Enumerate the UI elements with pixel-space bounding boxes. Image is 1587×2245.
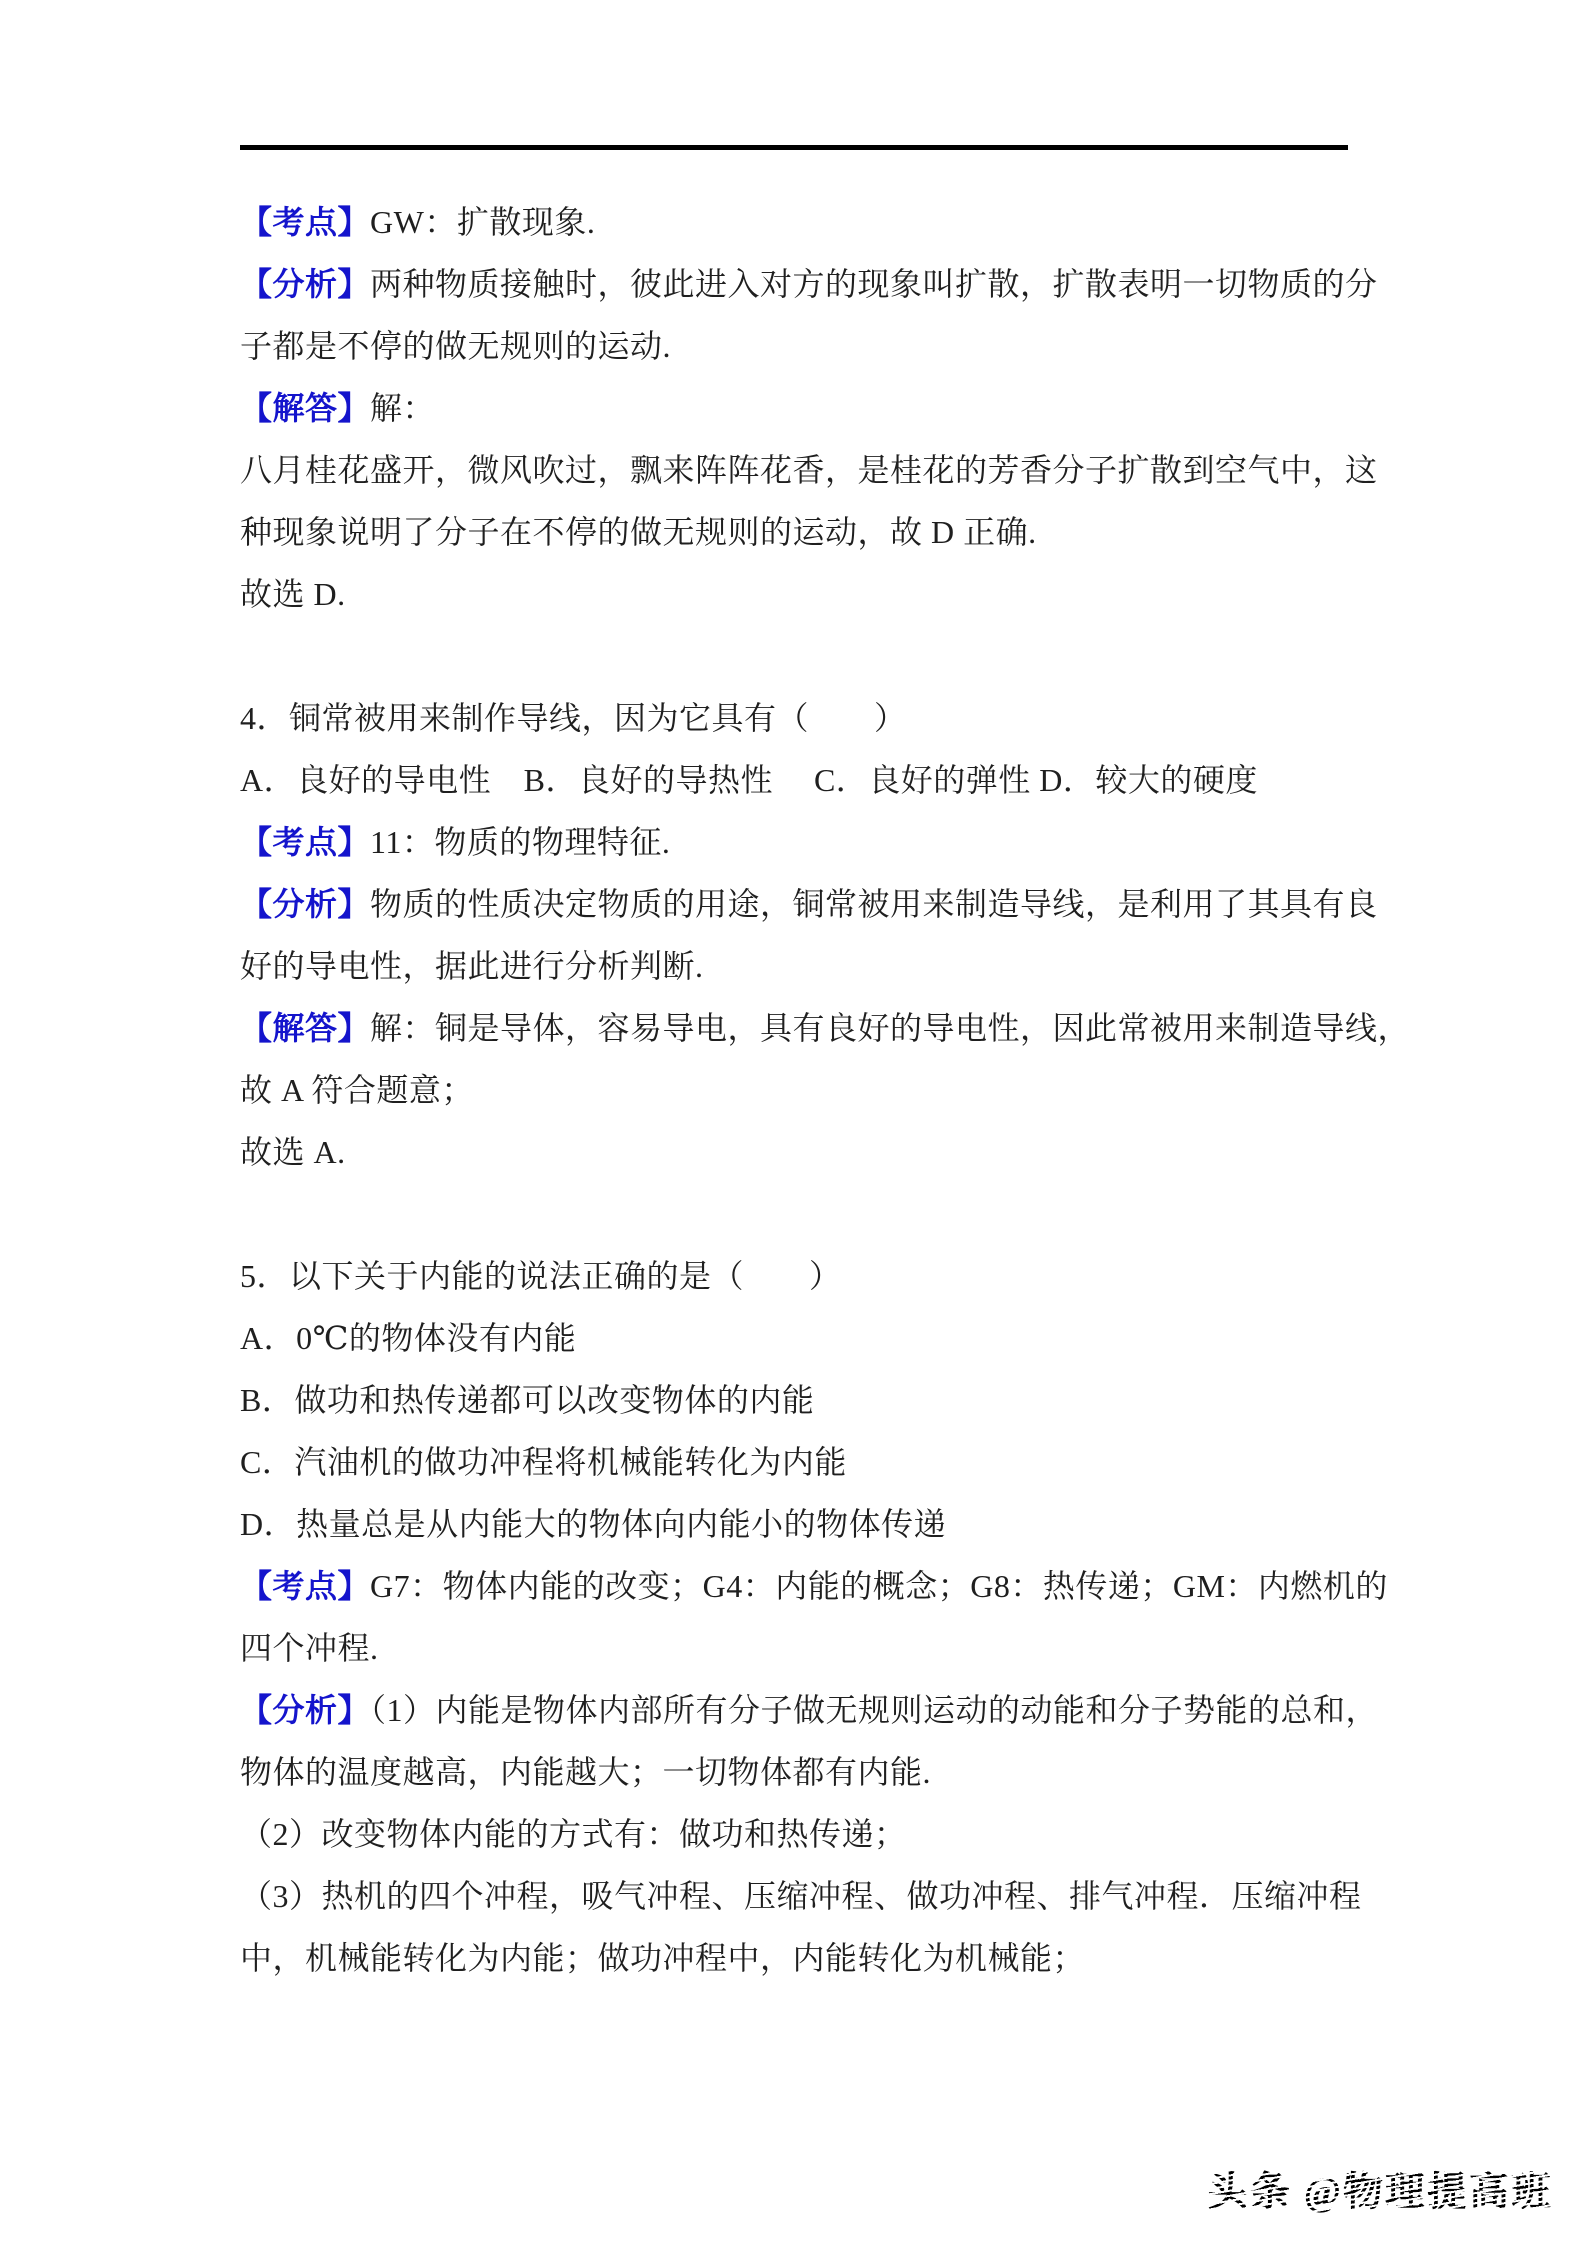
answer-body-line: 八月桂花盛开，微风吹过，飘来阵阵花香，是桂花的芳香分子扩散到空气中，这 — [240, 439, 1420, 501]
line-text: 解： — [370, 390, 435, 426]
exam-point-line: 【考点】G7：物体内能的改变；G4：内能的概念；G8：热传递；GM：内燃机的 — [240, 1555, 1420, 1617]
analysis-line: 【分析】（1）内能是物体内部所有分子做无规则运动的动能和分子势能的总和， — [240, 1679, 1420, 1741]
question-5-block: 5．以下关于内能的说法正确的是（ ） A．0℃的物体没有内能 B．做功和热传递都… — [240, 1245, 1420, 1989]
line-text: D．热量总是从内能大的物体向内能小的物体传递 — [240, 1506, 946, 1542]
line-text: 种现象说明了分子在不停的做无规则的运动，故 D 正确. — [240, 514, 1037, 550]
option-b-line: B．做功和热传递都可以改变物体的内能 — [240, 1369, 1420, 1431]
conclusion-line: 故选 D. — [240, 563, 1420, 625]
line-text: 中，机械能转化为内能；做功冲程中，内能转化为机械能； — [240, 1940, 1085, 1976]
line-text: （1）内能是物体内部所有分子做无规则运动的动能和分子势能的总和， — [370, 1692, 1378, 1728]
question-4-options-line: A．良好的导电性 B．良好的导热性 C．良好的弹性 D．较大的硬度 — [240, 749, 1420, 811]
line-text: G7：物体内能的改变；G4：内能的概念；G8：热传递；GM：内燃机的 — [370, 1568, 1388, 1604]
line-text: 子都是不停的做无规则的运动. — [240, 328, 671, 364]
line-text: 好的导电性，据此进行分析判断. — [240, 948, 704, 984]
exam-point-continuation-line: 四个冲程. — [240, 1617, 1420, 1679]
line-text: B．做功和热传递都可以改变物体的内能 — [240, 1382, 814, 1418]
document-body: 【考点】GW：扩散现象. 【分析】两种物质接触时，彼此进入对方的现象叫扩散，扩散… — [240, 191, 1420, 1989]
line-text: （3）热机的四个冲程，吸气冲程、压缩冲程、做功冲程、排气冲程．压缩冲程 — [240, 1878, 1362, 1914]
line-text: 5．以下关于内能的说法正确的是（ ） — [240, 1258, 842, 1294]
line-text: 两种物质接触时，彼此进入对方的现象叫扩散，扩散表明一切物质的分 — [370, 266, 1378, 302]
kaodian-tag: 【考点】 — [240, 824, 370, 860]
option-c-line: C．汽油机的做功冲程将机械能转化为内能 — [240, 1431, 1420, 1493]
analysis-continuation-line: 好的导电性，据此进行分析判断. — [240, 935, 1420, 997]
fenxi-tag: 【分析】 — [240, 266, 370, 302]
line-text: 物体的温度越高，内能越大；一切物体都有内能. — [240, 1754, 931, 1790]
line-text: 故 A 符合题意； — [240, 1072, 474, 1108]
analysis-continuation-line: 子都是不停的做无规则的运动. — [240, 315, 1420, 377]
question-5-line: 5．以下关于内能的说法正确的是（ ） — [240, 1245, 1420, 1307]
line-text: A．良好的导电性 B．良好的导热性 C．良好的弹性 D．较大的硬度 — [240, 762, 1258, 798]
analysis-point-3-line: （3）热机的四个冲程，吸气冲程、压缩冲程、做功冲程、排气冲程．压缩冲程 — [240, 1865, 1420, 1927]
line-text: 11：物质的物理特征. — [370, 824, 670, 860]
kaodian-tag: 【考点】 — [240, 204, 370, 240]
jieda-tag: 【解答】 — [240, 390, 370, 426]
exam-point-line: 【考点】11：物质的物理特征. — [240, 811, 1420, 873]
line-text: 四个冲程. — [240, 1630, 379, 1666]
toutiao-watermark: 头条 @物理提高班 — [1208, 2160, 1553, 2217]
line-text: 故选 A. — [240, 1134, 346, 1170]
line-text: A．0℃的物体没有内能 — [240, 1320, 576, 1356]
fenxi-tag: 【分析】 — [240, 886, 370, 922]
question-4-line: 4．铜常被用来制作导线，因为它具有（ ） — [240, 687, 1420, 749]
option-a-line: A．0℃的物体没有内能 — [240, 1307, 1420, 1369]
line-text: C．汽油机的做功冲程将机械能转化为内能 — [240, 1444, 847, 1480]
question-3-answer-block: 【考点】GW：扩散现象. 【分析】两种物质接触时，彼此进入对方的现象叫扩散，扩散… — [240, 191, 1420, 625]
answer-label-line: 【解答】解： — [240, 377, 1420, 439]
line-text: （2）改变物体内能的方式有：做功和热传递； — [240, 1816, 907, 1852]
line-text: 物质的性质决定物质的用途，铜常被用来制造导线，是利用了其具有良 — [370, 886, 1378, 922]
document-page: { "colors": { "tag_blue": "#1414CC", "bo… — [0, 0, 1587, 2245]
line-text: 故选 D. — [240, 576, 346, 612]
line-text: 八月桂花盛开，微风吹过，飘来阵阵花香，是桂花的芳香分子扩散到空气中，这 — [240, 452, 1378, 488]
analysis-point-2-line: （2）改变物体内能的方式有：做功和热传递； — [240, 1803, 1420, 1865]
analysis-continuation-line: 物体的温度越高，内能越大；一切物体都有内能. — [240, 1741, 1420, 1803]
question-4-block: 4．铜常被用来制作导线，因为它具有（ ） A．良好的导电性 B．良好的导热性 C… — [240, 687, 1420, 1183]
answer-continuation-line: 故 A 符合题意； — [240, 1059, 1420, 1121]
line-text: 解：铜是导体，容易导电，具有良好的导电性，因此常被用来制造导线， — [370, 1010, 1410, 1046]
answer-line: 【解答】解：铜是导体，容易导电，具有良好的导电性，因此常被用来制造导线， — [240, 997, 1420, 1059]
fenxi-tag: 【分析】 — [240, 1692, 370, 1728]
jieda-tag: 【解答】 — [240, 1010, 370, 1046]
answer-body-line: 种现象说明了分子在不停的做无规则的运动，故 D 正确. — [240, 501, 1420, 563]
kaodian-tag: 【考点】 — [240, 1568, 370, 1604]
header-divider-rule — [240, 145, 1348, 150]
analysis-line: 【分析】物质的性质决定物质的用途，铜常被用来制造导线，是利用了其具有良 — [240, 873, 1420, 935]
option-d-line: D．热量总是从内能大的物体向内能小的物体传递 — [240, 1493, 1420, 1555]
exam-point-line: 【考点】GW：扩散现象. — [240, 191, 1420, 253]
analysis-point-3-continuation-line: 中，机械能转化为内能；做功冲程中，内能转化为机械能； — [240, 1927, 1420, 1989]
line-text: GW：扩散现象. — [370, 204, 595, 240]
line-text: 4．铜常被用来制作导线，因为它具有（ ） — [240, 700, 907, 736]
conclusion-line: 故选 A. — [240, 1121, 1420, 1183]
analysis-line: 【分析】两种物质接触时，彼此进入对方的现象叫扩散，扩散表明一切物质的分 — [240, 253, 1420, 315]
